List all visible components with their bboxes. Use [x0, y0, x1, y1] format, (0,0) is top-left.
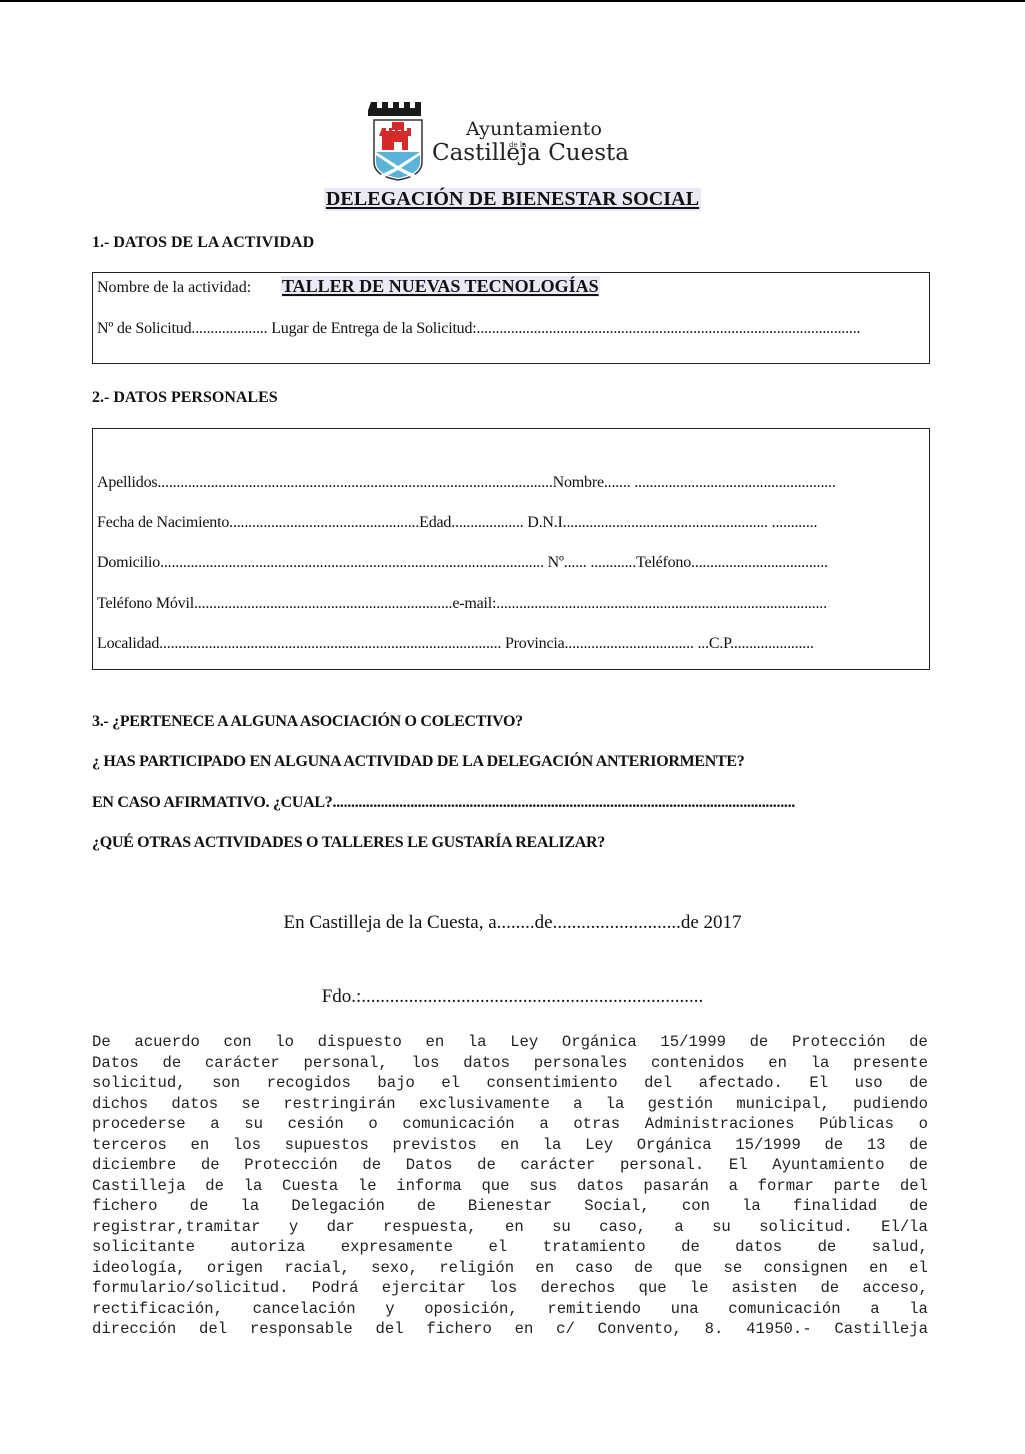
- data-protection-notice: DeacuerdoconlodispuestoenlaLeyOrgánica15…: [92, 1032, 928, 1340]
- surname-name-field[interactable]: Apellidos...............................…: [97, 474, 836, 492]
- section-heading-personal: 2.- DATOS PERSONALES: [92, 389, 278, 407]
- legal-line: registrar,tramitarydarrespuesta,ensucaso…: [92, 1217, 928, 1238]
- signature-line[interactable]: Fdo.:...................................…: [0, 986, 1025, 1008]
- legal-line: ficherodelaDelegacióndeBienestarSocial,c…: [92, 1196, 928, 1217]
- personal-data-box: [92, 428, 930, 670]
- municipality-logo: Ayuntamiento de la Castilleja Cuesta: [368, 98, 638, 184]
- legal-line: CastillejadelaCuestaleinformaquesusdatos…: [92, 1176, 928, 1197]
- logo-text-castilleja: Castilleja Cuesta: [432, 140, 629, 166]
- legal-line: DeacuerdoconlodispuestoenlaLeyOrgánica15…: [92, 1032, 928, 1053]
- address-phone-field[interactable]: Domicilio...............................…: [97, 554, 828, 572]
- legal-line: dichosdatosserestringiránexclusivamentea…: [92, 1094, 928, 1115]
- birthdate-age-dni-field[interactable]: Fecha de Nacimiento.....................…: [97, 514, 817, 532]
- legal-line: solicitanteautorizaexpresamenteeltratami…: [92, 1237, 928, 1258]
- castle-crest-icon: [368, 98, 428, 182]
- page-title: DELEGACIÓN DE BIENESTAR SOCIAL: [324, 188, 701, 211]
- request-number-field[interactable]: Nº de Solicitud.................... Luga…: [97, 320, 860, 338]
- legal-line: diciembredeProteccióndeDatosdecarácterpe…: [92, 1155, 928, 1176]
- legal-line: rectificación,cancelaciónyoposición,remi…: [92, 1299, 928, 1320]
- question-association: 3.- ¿PERTENECE A ALGUNA ASOCIACIÓN O COL…: [92, 713, 523, 731]
- locality-province-cp-field[interactable]: Localidad...............................…: [97, 635, 814, 653]
- section-heading-activity: 1.- DATOS DE LA ACTIVIDAD: [92, 234, 314, 252]
- legal-line: formulario/solicitud.Podráejercitarlosde…: [92, 1278, 928, 1299]
- legal-line: Datosdecarácterpersonal,losdatospersonal…: [92, 1053, 928, 1074]
- page-title-wrap: DELEGACIÓN DE BIENESTAR SOCIAL: [0, 188, 1025, 211]
- legal-line: ideología,origenracial,sexo,religiónenca…: [92, 1258, 928, 1279]
- legal-line: solicitud,sonrecogidosbajoelconsentimien…: [92, 1073, 928, 1094]
- legal-line: procederseasucesiónocomunicaciónaotrasAd…: [92, 1114, 928, 1135]
- question-other-activities: ¿QUÉ OTRAS ACTIVIDADES O TALLERES LE GUS…: [92, 834, 605, 852]
- date-place-line[interactable]: En Castilleja de la Cuesta, a........de.…: [0, 912, 1025, 934]
- activity-name-label: Nombre de la actividad:: [97, 279, 251, 297]
- activity-name-value: TALLER DE NUEVAS TECNOLOGÍAS: [281, 276, 600, 297]
- question-which-field[interactable]: EN CASO AFIRMATIVO. ¿CUAL?..............…: [92, 794, 795, 812]
- legal-line: direccióndelresponsabledelficheroenc/Con…: [92, 1319, 928, 1340]
- question-previous-participation: ¿ HAS PARTICIPADO EN ALGUNA ACTIVIDAD DE…: [92, 753, 744, 771]
- mobile-email-field[interactable]: Teléfono Móvil..........................…: [97, 595, 827, 613]
- document-page: Ayuntamiento de la Castilleja Cuesta DEL…: [0, 0, 1025, 1454]
- logo-text-ayuntamiento: Ayuntamiento: [466, 118, 602, 140]
- legal-line: tercerosenlossupuestosprevistosenlaLeyOr…: [92, 1135, 928, 1156]
